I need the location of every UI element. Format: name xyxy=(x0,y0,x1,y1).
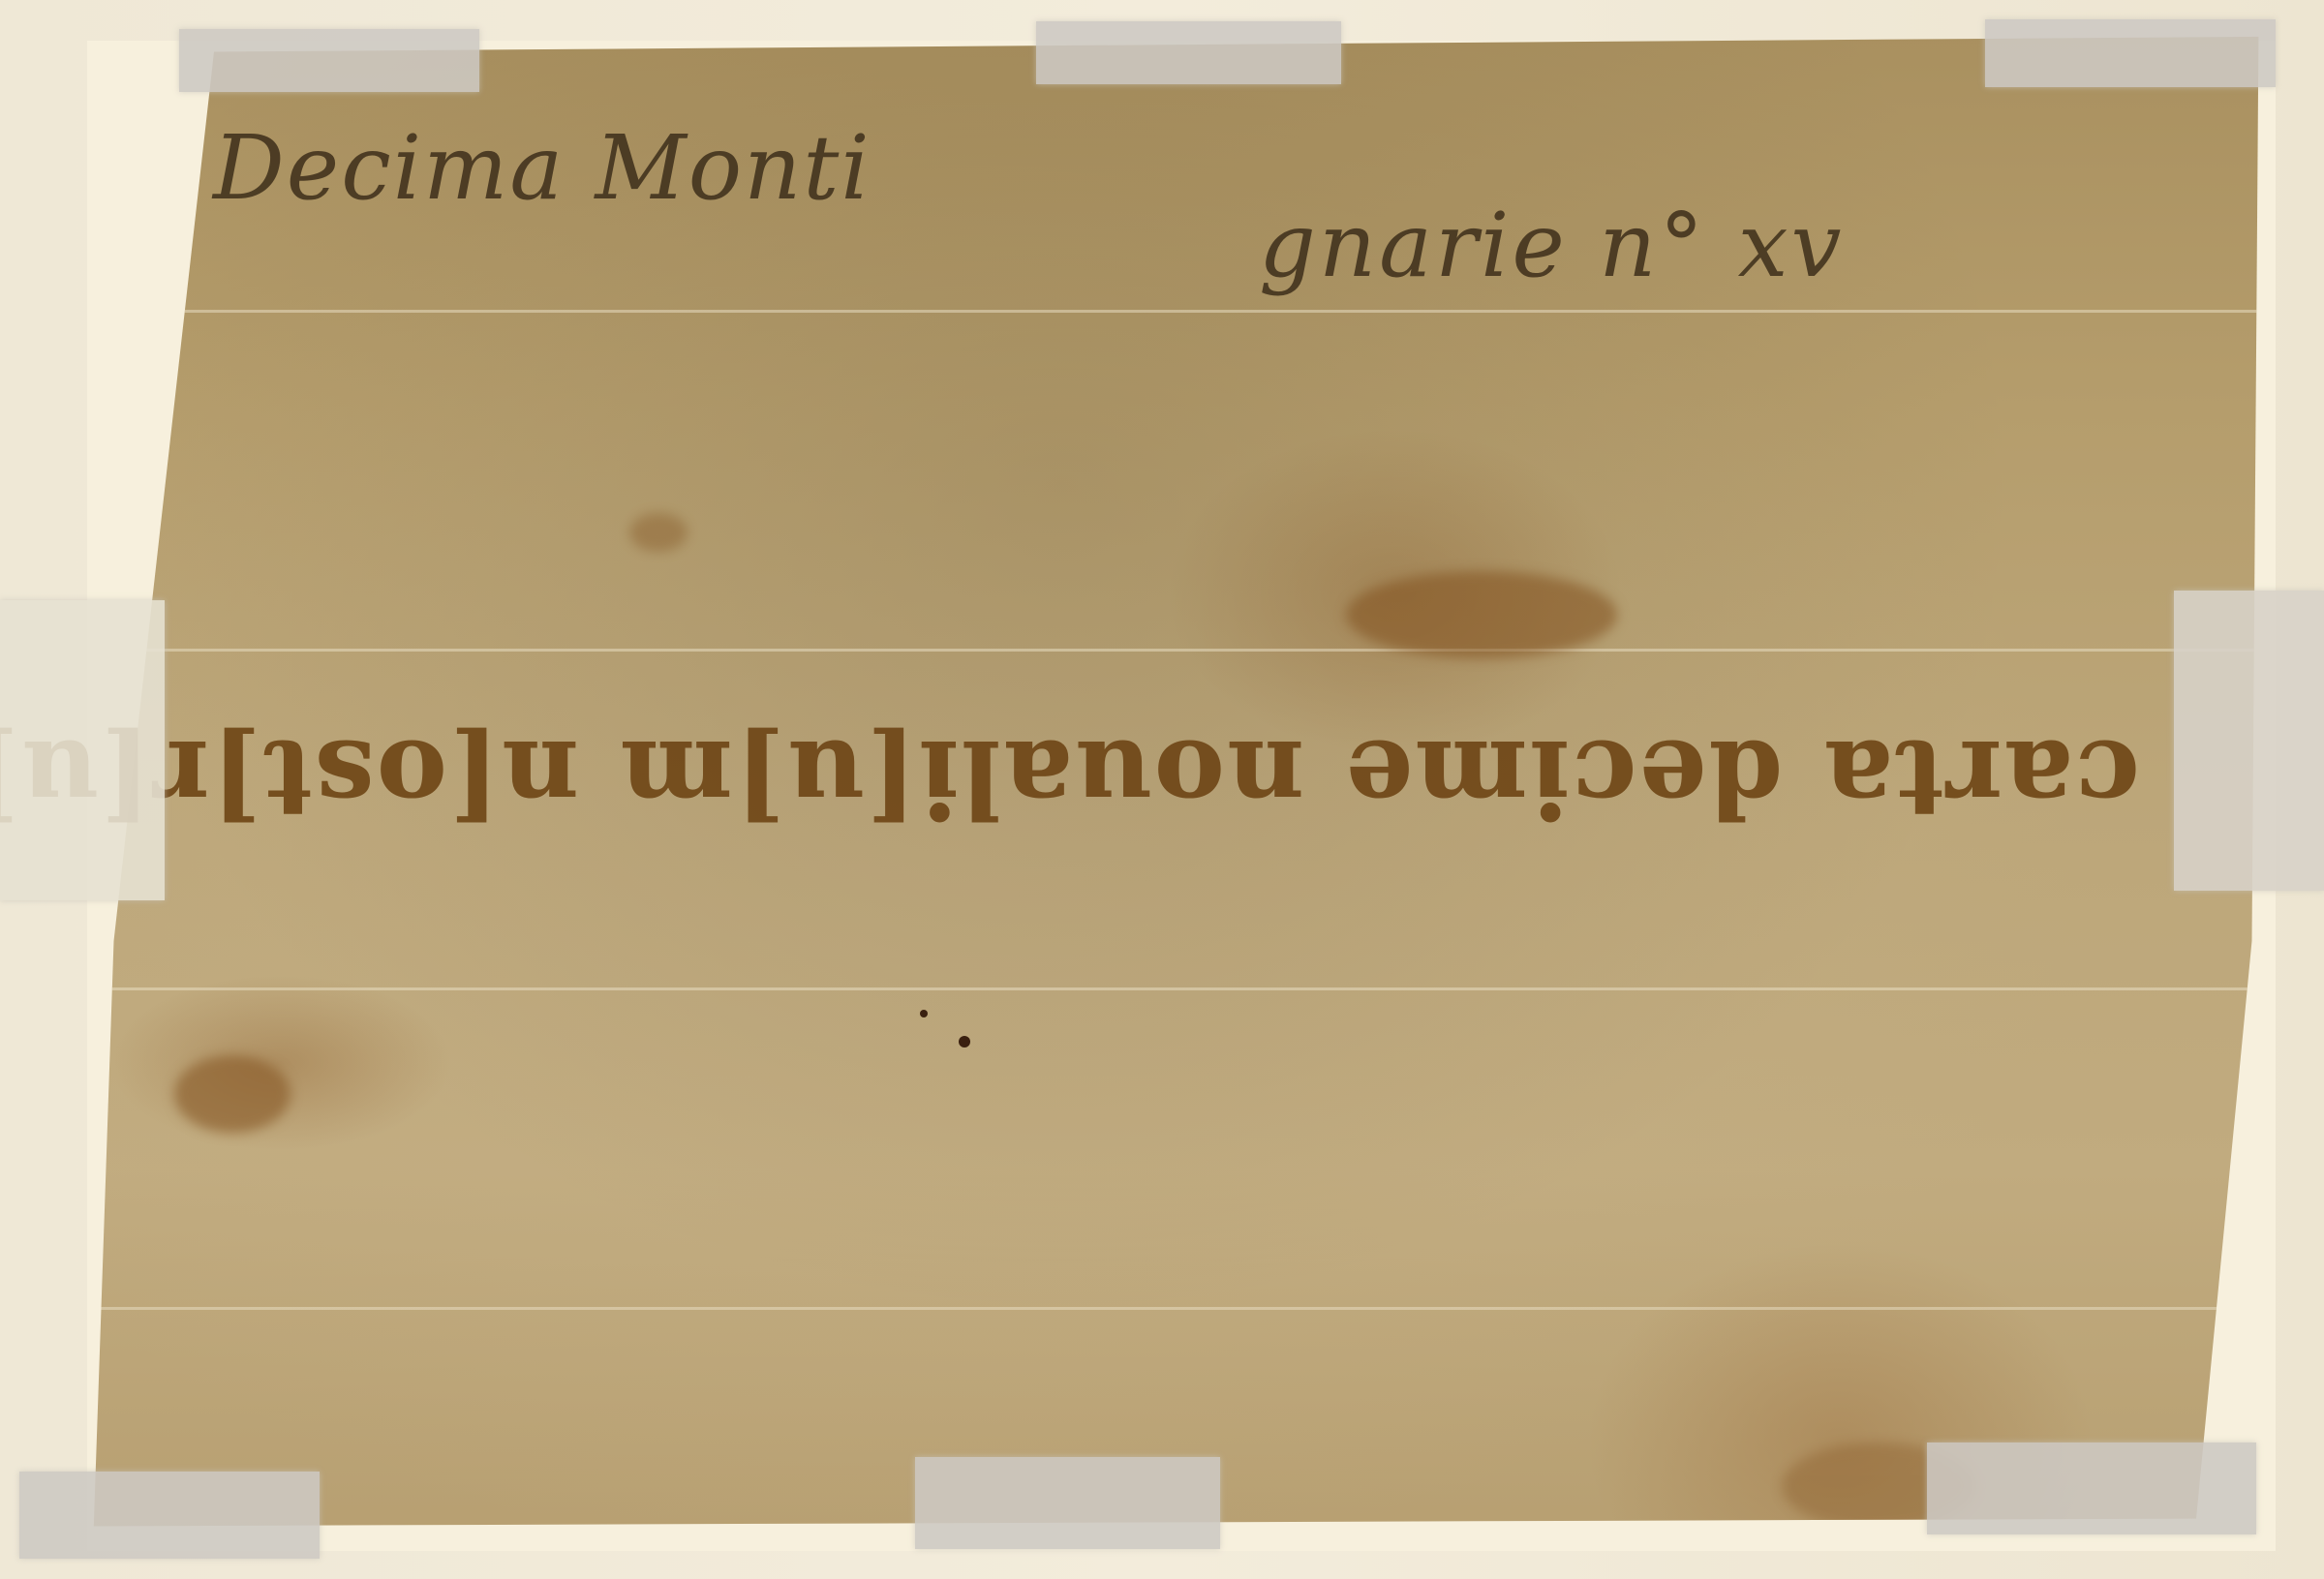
endorsement-top-left: Decima Monti xyxy=(213,116,871,220)
ink-dot xyxy=(959,1036,970,1048)
ink-stain xyxy=(629,513,688,552)
ink-dot xyxy=(920,1010,928,1017)
ink-stain xyxy=(1346,571,1617,658)
endorsement-top-right: gnarie n° xv xyxy=(1259,194,1844,297)
tape-strip-top-left xyxy=(179,29,479,92)
fold-line xyxy=(58,1307,2285,1310)
fold-line xyxy=(58,649,2285,652)
tape-strip-bottom-left xyxy=(19,1472,320,1559)
ink-stain xyxy=(174,1055,290,1133)
tape-strip-top-right xyxy=(1985,19,2276,87)
tape-strip-bottom-center xyxy=(915,1457,1220,1549)
tape-strip-bottom-right xyxy=(1927,1442,2256,1534)
tape-strip-right xyxy=(2174,591,2324,891)
tape-strip-left xyxy=(0,600,165,900)
fold-line xyxy=(58,987,2285,990)
tape-strip-top-center xyxy=(1036,21,1341,84)
endorsement-inverted-line: carta decime nouali[u]m n[ost]r[u]m comi… xyxy=(194,716,2140,841)
fold-line xyxy=(58,310,2285,313)
